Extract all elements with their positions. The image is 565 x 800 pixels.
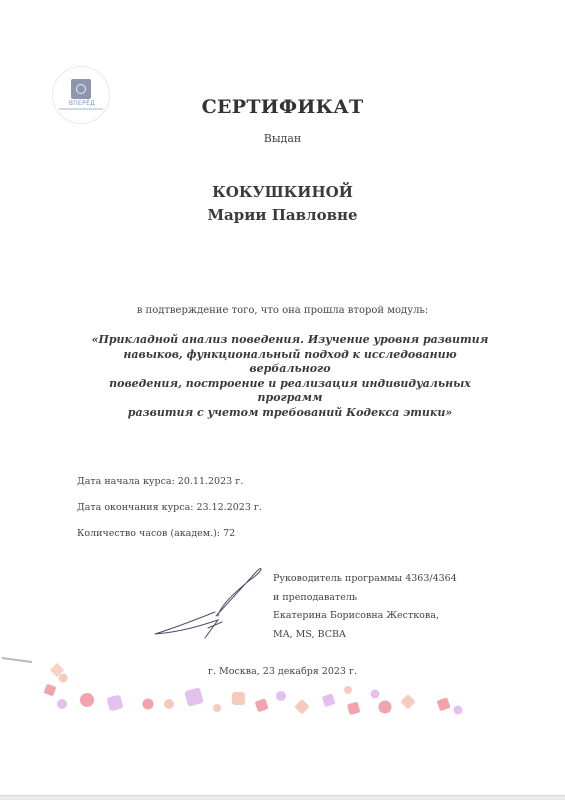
issued-label: Выдан [0,132,565,145]
signatory-role-2: и преподаватель [273,589,457,608]
signature-icon [150,566,265,646]
module-line: развития с учетом требований Кодекса эти… [90,406,490,421]
course-hours: Количество часов (академ.): 72 [77,528,235,539]
certificate-title: СЕРТИФИКАТ [0,96,565,118]
signatory-role: Руководитель программы 4363/4364 [273,570,457,589]
module-line: поведения, построение и реализация индив… [90,377,490,406]
confirmation-text: в подтверждение того, что она прошла вто… [0,305,565,316]
signatory-block: Руководитель программы 4363/4364 и препо… [273,570,457,644]
recipient-given-name: Марии Павловне [0,206,565,224]
module-line: навыков, функциональный подход к исследо… [90,348,490,377]
certificate-page: ВПЕРЁД СЕРТИФИКАТ Выдан КОКУШКИНОЙ Марии… [0,0,565,795]
course-end-date: Дата окончания курса: 23.12.2023 г. [77,502,262,513]
recipient-surname: КОКУШКИНОЙ [0,183,565,201]
module-title: «Прикладной анализ поведения. Изучение у… [90,333,490,420]
scan-bottom-edge [0,795,565,800]
module-line: «Прикладной анализ поведения. Изучение у… [90,333,490,348]
signatory-name: Екатерина Борисовна Жесткова, [273,607,457,626]
confetti-decoration [0,640,565,740]
course-start-date: Дата начала курса: 20.11.2023 г. [77,476,243,487]
